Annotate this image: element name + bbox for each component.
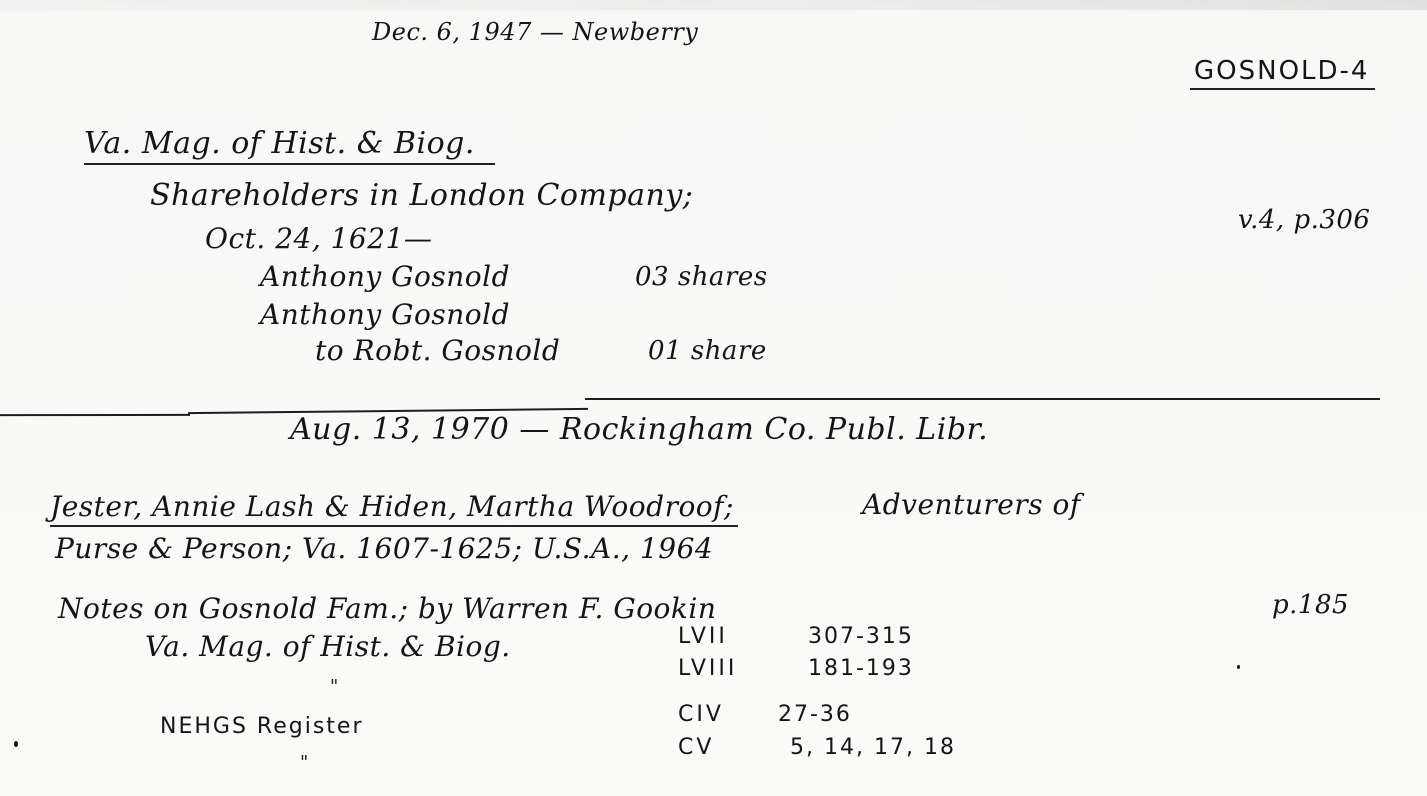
entry-shares: 03 shares xyxy=(635,262,768,292)
ink-speck xyxy=(1237,665,1240,669)
index-card: Dec. 6, 1947 — Newberry GOSNOLD-4 Va. Ma… xyxy=(0,0,1427,796)
volume-pages: 27-36 xyxy=(778,702,852,727)
subject-line: Shareholders in London Company; xyxy=(150,178,693,213)
notes-title: Notes on Gosnold Fam.; by Warren F. Gook… xyxy=(58,592,716,625)
journal-name: Va. Mag. of Hist. & Biog. xyxy=(145,630,511,663)
citation-authors: Jester, Annie Lash & Hiden, Martha Woodr… xyxy=(50,490,738,527)
volume-pages: 5, 14, 17, 18 xyxy=(790,735,956,760)
volume-number: LVIII xyxy=(678,656,737,681)
entry-date: Oct. 24, 1621— xyxy=(205,222,432,255)
entry-name: Anthony Gosnold xyxy=(260,298,510,331)
section-divider xyxy=(0,414,190,416)
scan-edge xyxy=(0,0,1427,10)
header-date-location: Dec. 6, 1947 — Newberry xyxy=(372,18,698,46)
volume-number: CV xyxy=(678,735,714,760)
entry-name: to Robt. Gosnold xyxy=(315,334,560,367)
citation-title-cont: Purse & Person; Va. 1607-1625; U.S.A., 1… xyxy=(55,532,713,565)
card-id: GOSNOLD-4 xyxy=(1190,56,1375,90)
journal-name: NEHGS Register xyxy=(160,714,363,739)
ditto-mark: " xyxy=(300,752,309,773)
volume-pages: 307-315 xyxy=(808,624,914,649)
entry-shares: 01 share xyxy=(648,336,767,366)
ditto-mark: " xyxy=(330,676,339,697)
header-date-location-2: Aug. 13, 1970 — Rockingham Co. Publ. Lib… xyxy=(290,412,988,447)
ink-speck xyxy=(14,741,18,747)
volume-number: CIV xyxy=(678,702,724,727)
citation-title: Adventurers of xyxy=(862,488,1081,521)
source-title: Va. Mag. of Hist. & Biog. xyxy=(84,126,495,165)
section-divider xyxy=(585,398,1380,400)
entry-name: Anthony Gosnold xyxy=(260,260,510,293)
volume-number: LVII xyxy=(678,624,728,649)
volume-pages: 181-193 xyxy=(808,656,914,681)
volume-page-reference: v.4, p.306 xyxy=(1238,205,1370,235)
page-reference: p.185 xyxy=(1272,590,1349,620)
